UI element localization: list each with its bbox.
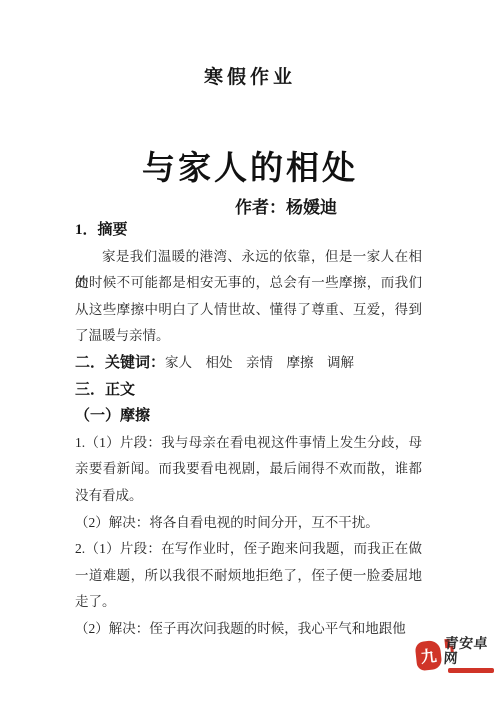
watermark-text-group: 青安卓网 [444, 637, 500, 673]
article-title: 与家人的相处 [0, 142, 500, 189]
watermark-seal-icon: 九 [415, 639, 443, 670]
text-line: 1.（1）片段：我与母亲在看电视这件事情上发生分歧，母 [75, 430, 422, 457]
article-body: 1．摘要家是我们温暖的港湾、永远的依靠，但是一家人在相处的时候不可能都是相安无事… [75, 217, 422, 643]
text-line: 了温暖与亲情。 [75, 323, 422, 350]
text-line: 的时候不可能都是相安无事的，总会有一些摩擦，而我们 [75, 270, 422, 297]
text-line: 家是我们温暖的港湾、永远的依靠，但是一家人在相处 [75, 244, 422, 271]
text-line: 二．关键词：家人 相处 亲情 摩擦 调解 [75, 350, 422, 377]
text-line: 从这些摩擦中明白了人情世故、懂得了尊重、互爱，得到 [75, 297, 422, 324]
document-page: 寒假作业 与家人的相处 作者：杨媛迪 1．摘要家是我们温暖的港湾、永远的依靠，但… [0, 0, 500, 708]
author-line: 作者：杨媛迪 [0, 193, 500, 218]
text-line: 走了。 [75, 589, 422, 616]
text-line: 2.（1）片段：在写作业时，侄子跑来问我题，而我正在做 [75, 536, 422, 563]
text-line: 没有看成。 [75, 483, 422, 510]
watermark-seal-char: 九 [419, 643, 437, 668]
text-line: 一道难题，所以我很不耐烦地拒绝了，侄子便一脸委屈地 [75, 563, 422, 590]
text-line: （2）解决：将各自看电视的时间分开，互不干扰。 [75, 510, 422, 537]
site-watermark: 九 青安卓网 [416, 637, 500, 673]
watermark-site-name: 青安卓网 [443, 637, 500, 667]
text-line: （2）解决：侄子再次问我题的时候，我心平气和地跟他 [75, 616, 422, 643]
text-line: （一）摩擦 [75, 403, 422, 430]
text-line: 亲要看新闻。而我要看电视剧，最后闹得不欢而散，谁都 [75, 456, 422, 483]
text-line: 三．正文 [75, 377, 422, 404]
document-header-title: 寒假作业 [0, 62, 500, 89]
watermark-ribbon [448, 668, 494, 673]
text-line: 1．摘要 [75, 217, 422, 244]
